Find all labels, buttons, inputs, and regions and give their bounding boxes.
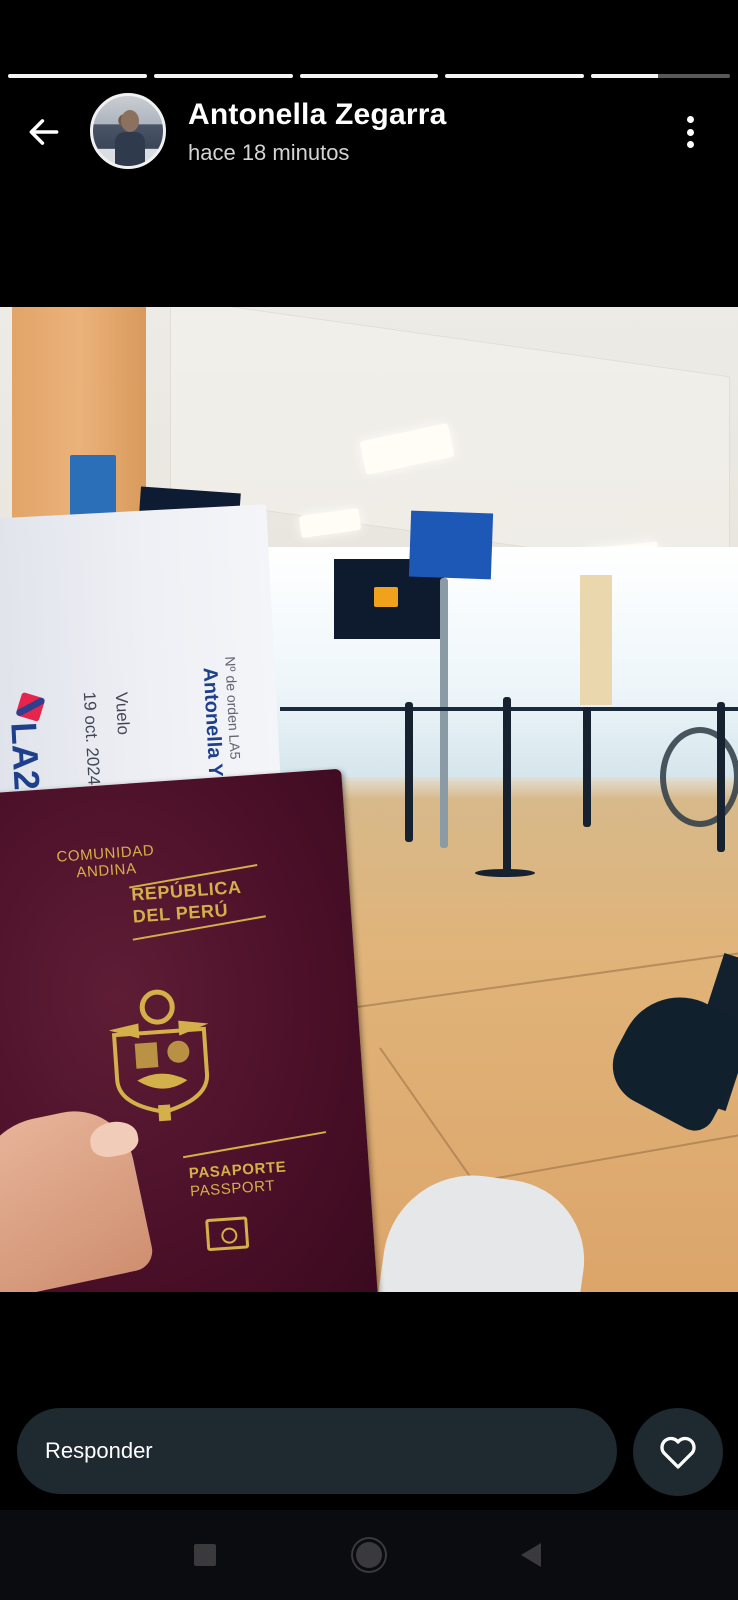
story-timestamp: hace 18 minutos [188,140,349,166]
progress-fill [154,74,293,78]
back-button[interactable] [22,110,66,154]
story-progress-bar [8,74,730,78]
gold-rule [183,1131,326,1158]
passport-title: PASAPORTE PASSPORT [188,1159,288,1202]
progress-segment [300,74,439,78]
more-vertical-icon-dot [687,129,694,136]
system-nav-bar [0,1510,738,1600]
passport-community: COMUNIDAD ANDINA [56,842,156,883]
progress-segment [445,74,584,78]
airline-logo-icon [15,692,45,722]
story-photo[interactable]: Nº de orden LA5 Antonella Y Vuelo 19 oct… [0,307,738,1292]
more-vertical-icon-dot [687,141,694,148]
stanchion [717,702,725,852]
stanchion-base [475,869,535,877]
avatar-body [115,132,145,169]
reply-input[interactable]: Responder [17,1408,617,1494]
biometric-chip-icon [205,1216,249,1251]
circle-icon [356,1542,382,1568]
progress-segment [591,74,730,78]
pillar-sign [70,455,116,517]
terminal-windows [250,547,738,777]
stanchion [503,697,511,877]
flight-label: Vuelo [111,692,133,736]
progress-segment [8,74,147,78]
passenger-name: Antonella Y [198,667,227,778]
passport-country: REPÚBLICA DEL PERÚ [131,876,244,928]
sign-pole [440,578,448,848]
reply-placeholder: Responder [45,1438,153,1464]
author-name[interactable]: Antonella Zegarra [188,98,446,132]
story-header: Antonella Zegarra hace 18 minutos [0,88,738,178]
wheelchair [660,727,738,827]
gate-number [374,587,398,607]
pillar [12,307,146,532]
stanchion [583,707,591,827]
flight-date: 19 oct. 2024 [79,691,104,785]
like-button[interactable] [633,1408,723,1496]
arrow-left-icon [25,113,63,151]
coat-of-arms-icon [96,983,225,1126]
recents-button[interactable] [180,1530,230,1580]
progress-fill [591,74,658,78]
progress-fill [445,74,584,78]
knee [376,1164,595,1292]
progress-fill [8,74,147,78]
progress-fill [300,74,439,78]
heart-icon [658,1432,698,1472]
progress-segment [154,74,293,78]
blue-sign [409,511,493,580]
system-back-button[interactable] [506,1530,556,1580]
more-options-button[interactable] [678,112,702,152]
avatar-head [121,110,139,132]
order-number: Nº de orden LA5 [222,656,243,760]
home-button[interactable] [344,1530,394,1580]
pillar [580,575,612,705]
triangle-back-icon [521,1543,541,1567]
stanchion [405,702,413,842]
more-vertical-icon [687,116,694,123]
avatar[interactable] [90,93,166,169]
square-icon [194,1544,216,1566]
